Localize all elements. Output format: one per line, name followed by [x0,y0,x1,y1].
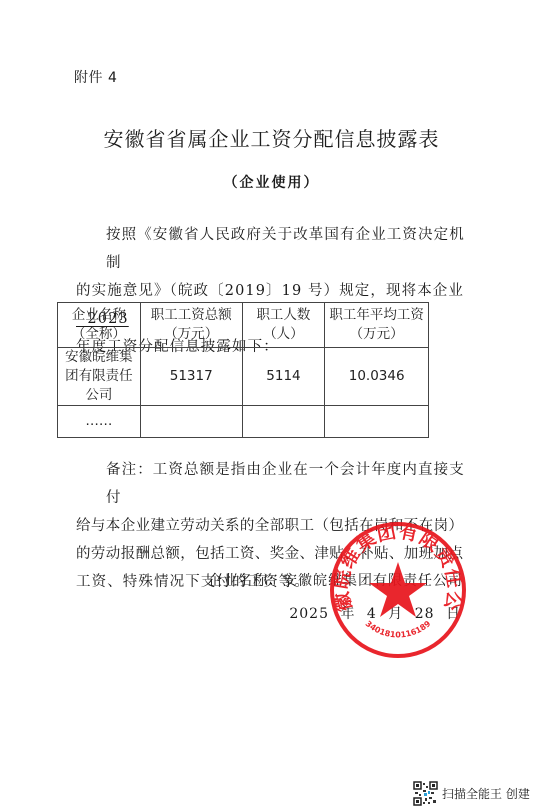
header-line: 企业名称 [60,306,138,325]
header-company-name: 企业名称（全称） [58,303,141,348]
table-row: …… [58,406,429,438]
header-line: 职工人数 [245,306,323,325]
company-name-line: 公司 [60,386,138,405]
scanner-watermark: 扫描全能王 创建 [413,782,530,804]
note-line-2: 给与本企业建立劳动关系的全部职工（包括在岗和不在岗） [76,512,466,540]
company-name-line: 安徽皖维集 [60,348,138,367]
date-year-unit: 年 [340,603,355,623]
wage-disclosure-table: 企业名称（全称） 职工工资总额（万元） 职工人数（人） 职工年平均工资（万元） … [57,302,429,438]
cell-company-name: 安徽皖维集团有限责任公司 [58,348,141,406]
header-unit: （人） [245,325,323,344]
signature-date: 2025 年 4 月 28 日 [283,603,461,623]
header-line: 职工年平均工资 [327,306,426,325]
cell-average-wage: 10.0346 [325,348,429,406]
cell-total-wages: 51317 [140,348,242,406]
table-row: 安徽皖维集团有限责任公司 51317 5114 10.0346 [58,348,429,406]
cell-employee-count [242,406,325,438]
intro-line-2-text: 的实施意见》（皖政〔2019〕19 号）规定，现将本企业 [76,283,464,299]
company-signature: 企业名称：安徽皖维集团有限责任公司 [208,570,463,590]
cell-ellipsis: …… [58,406,141,438]
header-unit: （万元） [143,325,240,344]
table-header-row: 企业名称（全称） 职工工资总额（万元） 职工人数（人） 职工年平均工资（万元） [58,303,429,348]
header-unit: （万元） [327,325,426,344]
note-line-3: 的劳动报酬总额，包括工资、奖金、津贴、补贴、加班加点 [76,540,466,568]
cell-total-wages [140,406,242,438]
document-page: 附件 4 安徽省省属企业工资分配信息披露表 （企业使用） 按照《安徽省人民政府关… [0,0,543,810]
watermark-text: 扫描全能王 创建 [442,785,530,802]
intro-line-1: 按照《安徽省人民政府关于改革国有企业工资决定机制 [76,221,466,277]
document-title: 安徽省省属企业工资分配信息披露表 [0,123,543,152]
date-month-unit: 月 [388,603,403,623]
header-total-wages: 职工工资总额（万元） [140,303,242,348]
header-employee-count: 职工人数（人） [242,303,325,348]
cell-employee-count: 5114 [242,348,325,406]
date-day: 28 [415,606,435,622]
attachment-label: 附件 4 [74,67,117,87]
date-year: 2025 [289,606,329,622]
date-day-unit: 日 [446,603,461,623]
document-subtitle: （企业使用） [0,172,543,192]
company-name-line: 团有限责任 [60,367,138,386]
date-month: 4 [367,606,377,622]
header-average-wage: 职工年平均工资（万元） [325,303,429,348]
qr-code-icon [413,781,438,806]
header-line: 职工工资总额 [143,306,240,325]
note-line-1: 备注：工资总额是指由企业在一个会计年度内直接支付 [76,456,466,512]
cell-average-wage [325,406,429,438]
header-unit: （全称） [60,325,138,344]
